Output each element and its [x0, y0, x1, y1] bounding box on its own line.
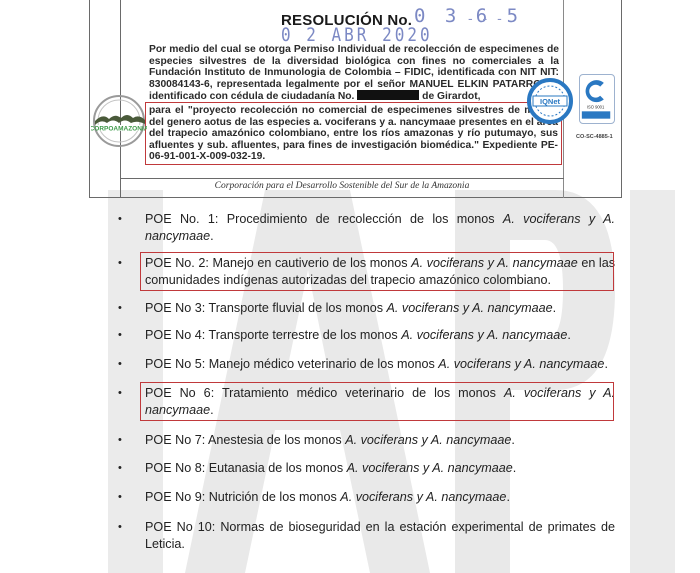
- bullet-icon: •: [118, 300, 126, 317]
- bullet-icon: •: [118, 211, 126, 228]
- poe-highlight-box: [140, 252, 614, 291]
- poe-item-text: POE No 5: Manejo médico veterinario de l…: [145, 356, 615, 373]
- resolution-stamp-dashes: - - -: [468, 10, 505, 26]
- resolution-stamp-date: 0 2 ABR 2020: [281, 24, 433, 46]
- corpoamazonia-logo-icon: CORPOAMAZONIA: [91, 93, 147, 149]
- bullet-icon: •: [118, 460, 126, 477]
- poe-item-text: POE No 4: Transporte terrestre de los mo…: [145, 327, 615, 344]
- svg-text:CORPOAMAZONIA: CORPOAMAZONIA: [91, 126, 147, 133]
- svg-text:IQNet: IQNet: [540, 97, 561, 106]
- corporation-footer: Corporación para el Desarrollo Sostenibl…: [120, 181, 564, 191]
- intro-text-after-redaction: de Girardot,: [422, 91, 480, 102]
- poe-item-text: POE No 7: Anestesia de los monos A. voci…: [145, 432, 615, 449]
- resolution-intro-paragraph: Por medio del cual se otorga Permiso Ind…: [149, 44, 559, 103]
- poe-item-text: POE No 3: Transporte fluvial de los mono…: [145, 300, 615, 317]
- poe-item-text: POE No. 1: Procedimiento de recolección …: [145, 211, 615, 244]
- icontec-certificate-code: CO-SC-4885-1: [576, 134, 613, 140]
- svg-text:ISO 9001: ISO 9001: [587, 105, 605, 110]
- bullet-icon: •: [118, 519, 126, 536]
- highlighted-project-paragraph: para el "proyecto recolección no comerci…: [145, 102, 562, 165]
- bullet-icon: •: [118, 489, 126, 506]
- bullet-icon: •: [118, 356, 126, 373]
- bullet-icon: •: [118, 432, 126, 449]
- icontec-logo-icon: ISO 9001: [579, 74, 615, 124]
- header-footer-divider: [120, 178, 564, 179]
- iqnet-logo-icon: IQNet: [527, 78, 573, 124]
- poe-item-text: POE No 10: Normas de bioseguridad en la …: [145, 519, 615, 552]
- bullet-icon: •: [118, 255, 126, 272]
- poe-item-text: POE No 8: Eutanasia de los monos A. voci…: [145, 460, 615, 477]
- bullet-icon: •: [118, 385, 126, 402]
- intro-text: Por medio del cual se otorga Permiso Ind…: [149, 44, 559, 102]
- redacted-id-number: [357, 90, 419, 100]
- poe-item-text: POE No 9: Nutrición de los monos A. voci…: [145, 489, 615, 506]
- poe-highlight-box: [140, 382, 614, 421]
- bullet-icon: •: [118, 327, 126, 344]
